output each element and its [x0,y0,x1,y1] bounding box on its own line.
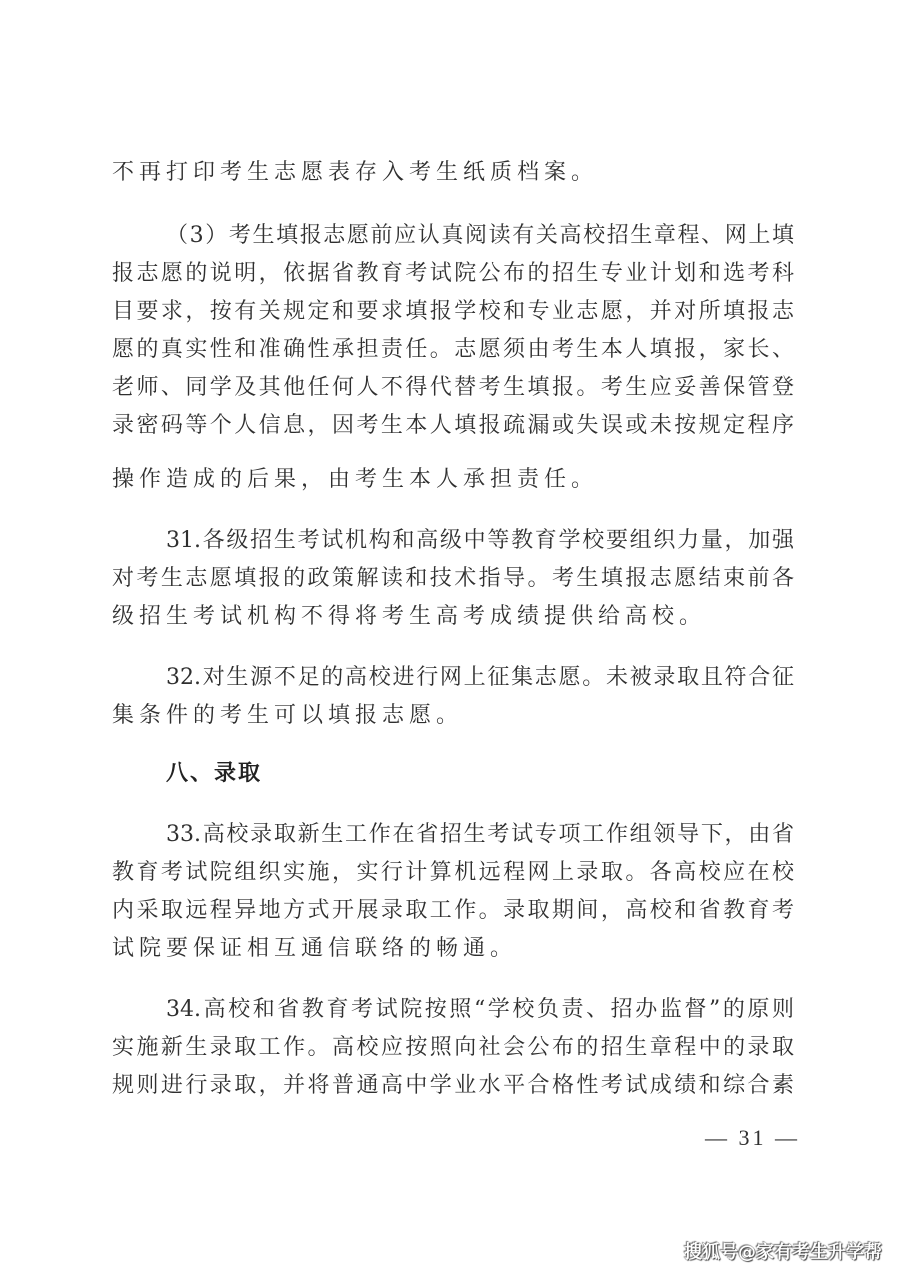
paragraph-line: 级招生考试机构不得将考生高考成绩提供给高校。 [112,601,794,633]
paragraph-line: 目要求，按有关规定和要求填报学校和专业志愿，并对所填报志 [112,296,794,328]
paragraph-line: 集条件的考生可以填报志愿。 [112,700,794,732]
paragraph-line: 教育考试院组织实施，实行计算机远程网上录取。各高校应在校 [112,857,794,889]
paragraph-line: （3）考生填报志愿前应认真阅读有关高校招生章程、网上填 [166,220,794,252]
paragraph-line: 32.对生源不足的高校进行网上征集志愿。未被录取且符合征 [166,662,794,694]
paragraph-line: 老师、同学及其他任何人不得代替考生填报。考生应妥善保管登 [112,372,794,404]
paragraph-line: 34.高校和省教育考试院按照“学校负责、招办监督”的原则 [166,994,794,1026]
document-page: 不再打印考生志愿表存入考生纸质档案。 （3）考生填报志愿前应认真阅读有关高校招生… [0,0,900,1273]
paragraph-line: 33.高校录取新生工作在省招生考试专项工作组领导下，由省 [166,819,794,851]
paragraph-line: 愿的真实性和准确性承担责任。志愿须由考生本人填报，家长、 [112,334,794,366]
paragraph-line: 报志愿的说明，依据省教育考试院公布的招生专业计划和选考科 [112,258,794,290]
paragraph-line: 31.各级招生考试机构和高级中等教育学校要组织力量，加强 [166,525,794,557]
paragraph-line: 操作造成的后果，由考生本人承担责任。 [112,464,794,496]
paragraph-line: 规则进行录取，并将普通高中学业水平合格性考试成绩和综合素 [112,1070,794,1102]
paragraph-line: 对考生志愿填报的政策解读和技术指导。考生填报志愿结束前各 [112,563,794,595]
paragraph-line: 实施新生录取工作。高校应按照向社会公布的招生章程中的录取 [112,1032,794,1064]
paragraph-line: 不再打印考生志愿表存入考生纸质档案。 [112,157,794,189]
paragraph-line: 录密码等个人信息，因考生本人填报疏漏或失误或未按规定程序 [112,410,794,442]
page-number: — 31 — [705,1125,800,1151]
paragraph-line: 试院要保证相互通信联络的畅通。 [112,933,794,965]
paragraph-line: 内采取远程异地方式开展录取工作。录取期间，高校和省教育考 [112,895,794,927]
section-heading: 八、录取 [166,758,262,790]
watermark: 搜狐号@家有考生升学帮 [684,1238,882,1264]
